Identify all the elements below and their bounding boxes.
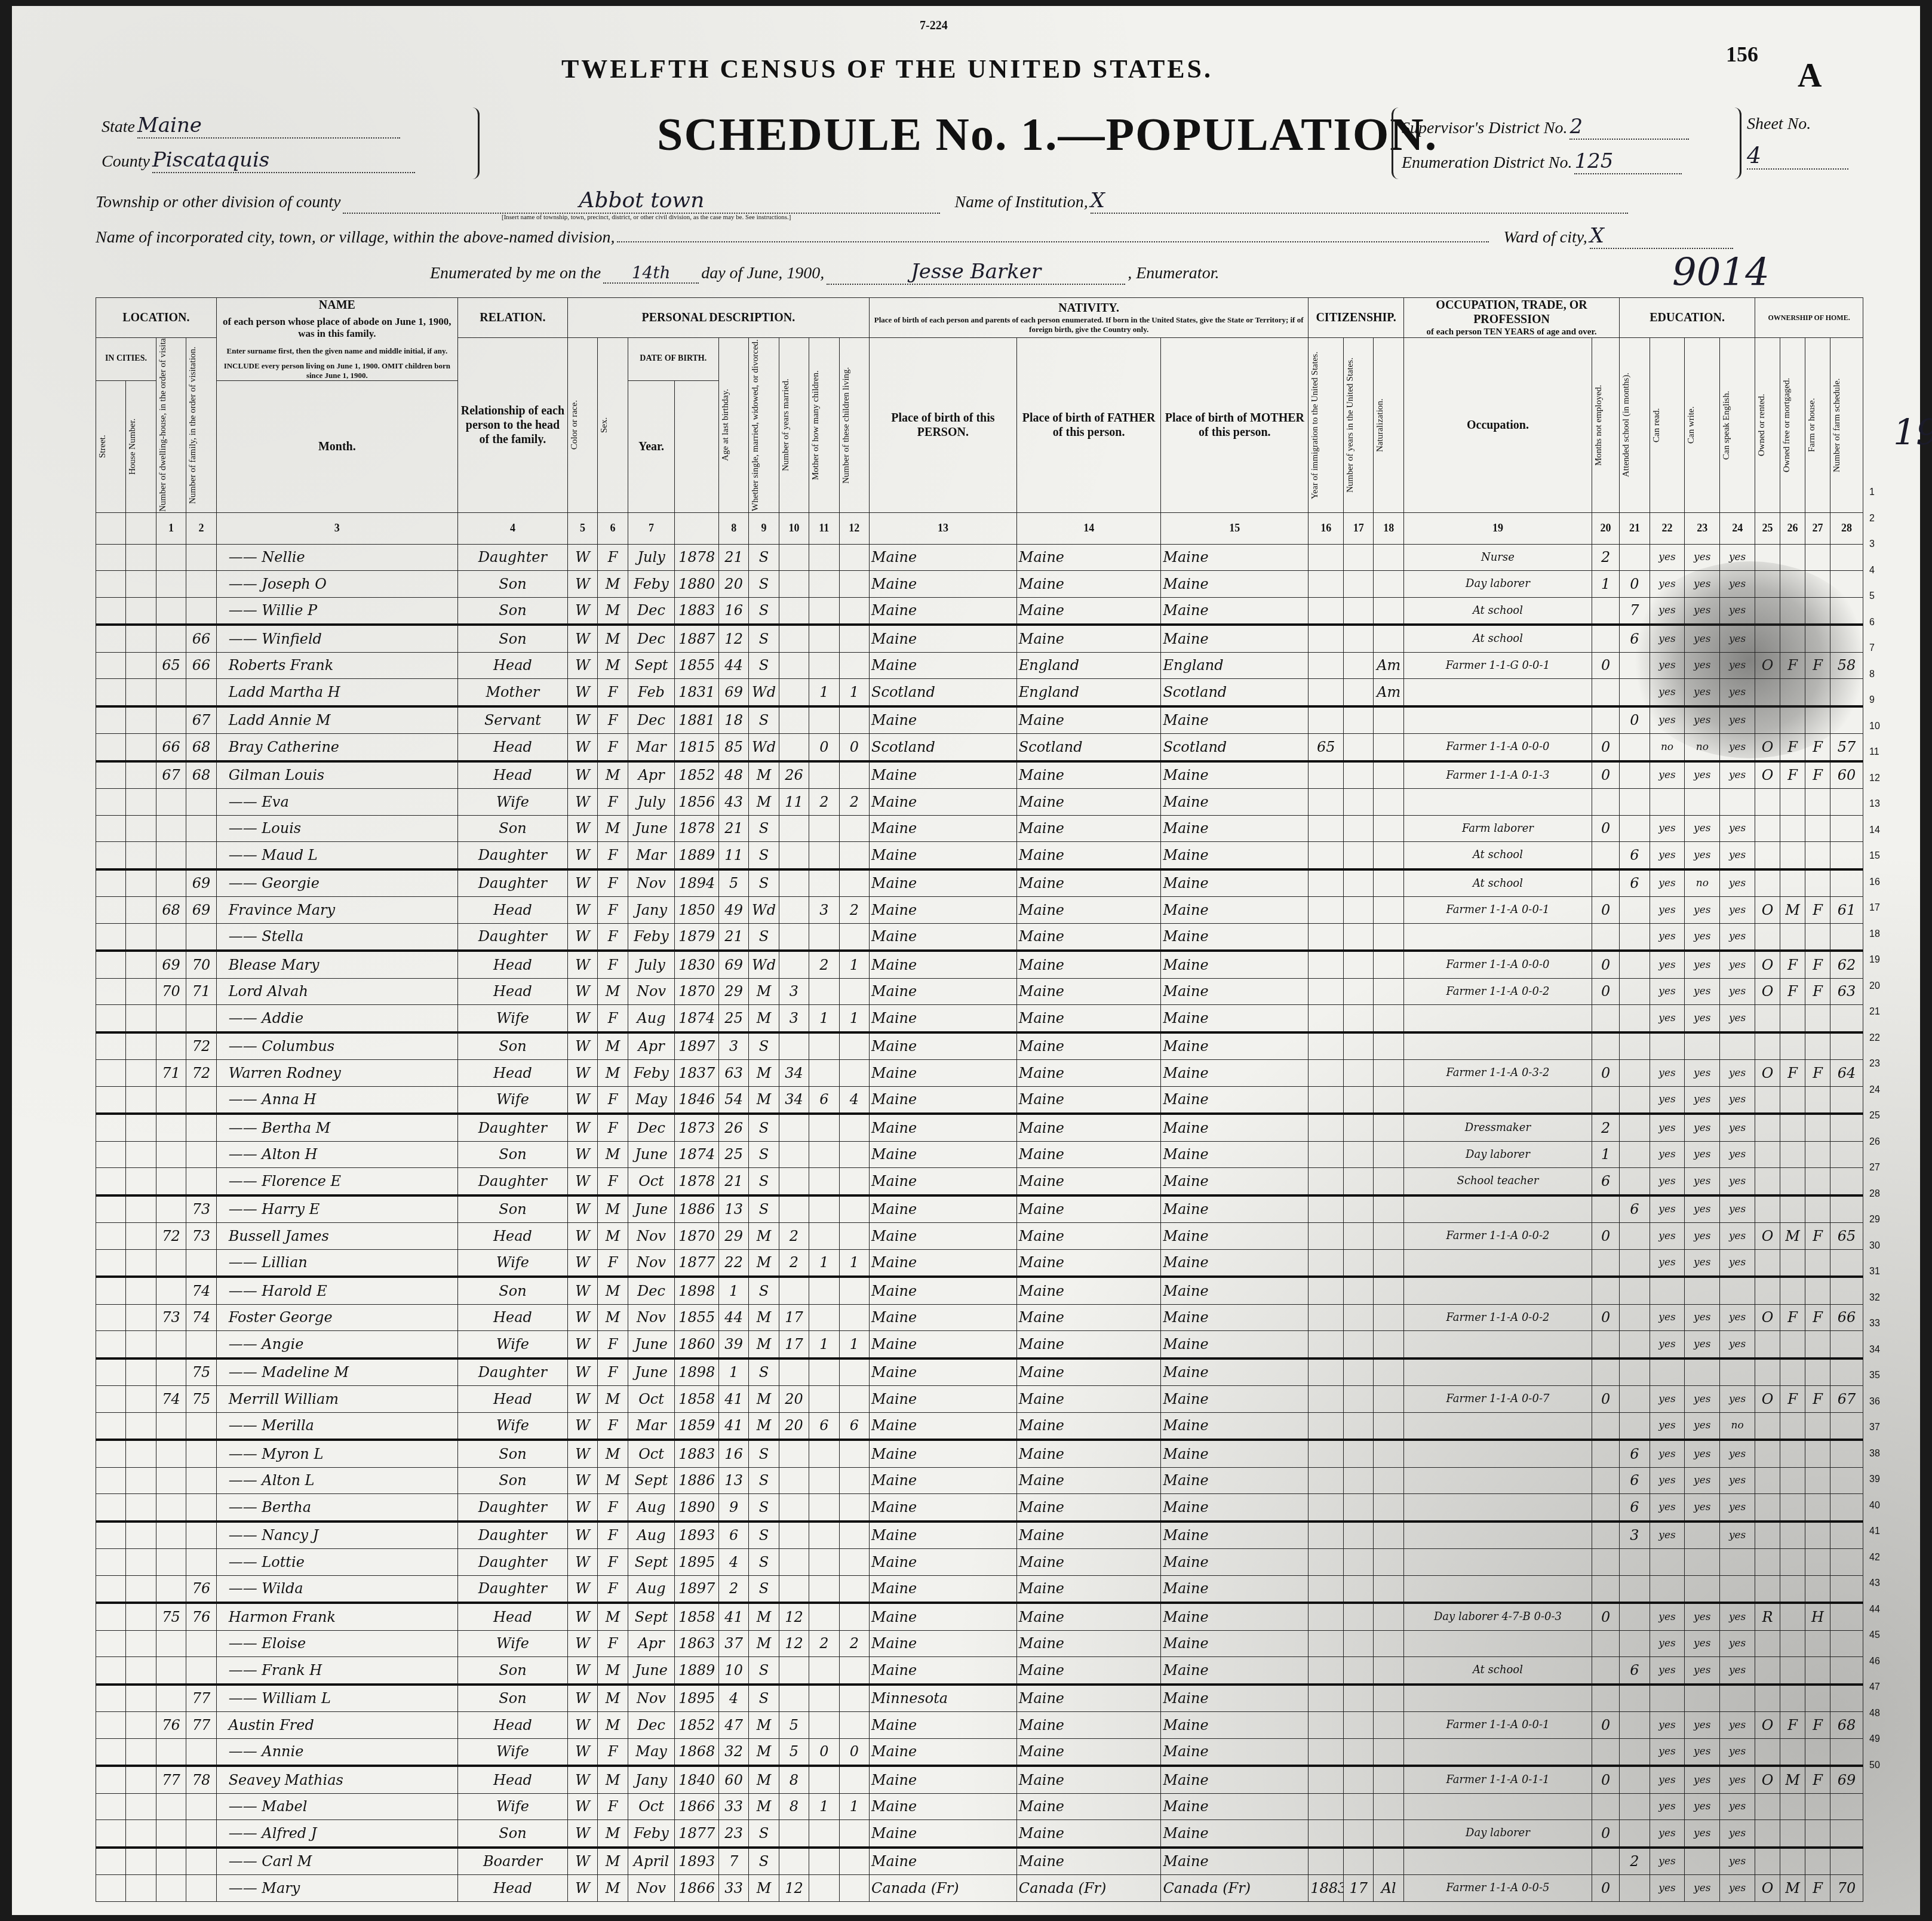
cell-fs (1830, 1412, 1863, 1440)
cell-empty (126, 1114, 156, 1141)
cell-ms: M (749, 1386, 779, 1413)
cell-sch (1620, 1793, 1650, 1820)
cell-ms: S (749, 815, 779, 842)
cell-occ: At school (1403, 1657, 1592, 1685)
cell-occ (1403, 1738, 1592, 1766)
township-row: Township or other division of county Abb… (96, 188, 1628, 214)
cell-age: 7 (718, 1848, 748, 1875)
cell-bm: Maine (1161, 1086, 1309, 1114)
cell-bm: Maine (1161, 1766, 1309, 1793)
cell-imm (1309, 897, 1344, 924)
cell-ym (779, 1032, 809, 1060)
cell-ms: S (749, 869, 779, 897)
cell-rel: Head (458, 652, 568, 679)
cell-cl (839, 869, 869, 897)
cell-year: 1895 (675, 1549, 719, 1576)
cell-rel: Head (458, 1712, 568, 1739)
cell-sch: 6 (1620, 869, 1650, 897)
cell-rd: yes (1650, 544, 1685, 571)
cell-ym (779, 951, 809, 978)
cell-bp: Maine (870, 815, 1017, 842)
cell-ym (779, 842, 809, 869)
cell-age: 33 (718, 1793, 748, 1820)
cell-yus (1344, 1494, 1374, 1522)
cell-yus (1344, 1657, 1374, 1685)
cell-occ (1403, 1195, 1592, 1223)
cell-fm: M (1780, 1875, 1805, 1902)
cell-fam (186, 1412, 216, 1440)
cell-ms: S (749, 1168, 779, 1195)
table-row: —— Carl MBoarderWMApril18937SMaineMaineM… (96, 1848, 1863, 1875)
cell-cl (839, 1440, 869, 1467)
cell-mo (809, 1848, 839, 1875)
cell-bf: Maine (1016, 1060, 1161, 1087)
cell-yus (1344, 1848, 1374, 1875)
cell-bf: Maine (1016, 1603, 1161, 1630)
cell-name: —— Myron L (216, 1440, 457, 1467)
cell-ms: M (749, 1060, 779, 1087)
cell-dw (156, 544, 186, 571)
cell-year: 1883 (675, 597, 719, 625)
cell-fs: 65 (1830, 1223, 1863, 1250)
cell-fm (1780, 1114, 1805, 1141)
cell-bp: Maine (870, 761, 1017, 789)
cell-ms: M (749, 789, 779, 816)
column-number: 26 (1780, 512, 1805, 544)
cell-wr: yes (1685, 1223, 1720, 1250)
cell-age: 54 (718, 1086, 748, 1114)
cell-imm (1309, 1440, 1344, 1467)
cell-yus (1344, 1195, 1374, 1223)
population-table: LOCATION. NAME of each person whose plac… (96, 297, 1863, 1902)
cell-yus (1344, 923, 1374, 951)
cell-month: Sept (628, 1549, 675, 1576)
township-label: Township or other division of county (96, 193, 340, 211)
cell-mu (1592, 1494, 1619, 1522)
cell-year: 1893 (675, 1848, 719, 1875)
cell-fm (1780, 1141, 1805, 1168)
cell-month: July (628, 789, 675, 816)
cell-age: 48 (718, 761, 748, 789)
line-number: 27 (1869, 1163, 1880, 1173)
cell-fam (186, 1005, 216, 1032)
cell-nat (1374, 1820, 1403, 1848)
cell-sp: yes (1720, 1875, 1755, 1902)
cell-fam: 72 (186, 1060, 216, 1087)
cell-yus (1344, 1549, 1374, 1576)
cell-month: Aug (628, 1494, 675, 1522)
cell-mu (1592, 1440, 1619, 1467)
cell-fh (1805, 1114, 1830, 1141)
cell-bm: Maine (1161, 1195, 1309, 1223)
cell-sex: M (598, 1657, 628, 1685)
cell-rd: yes (1650, 923, 1685, 951)
cell-mu (1592, 1630, 1619, 1657)
cell-year: 1815 (675, 734, 719, 761)
column-number: 28 (1830, 512, 1863, 544)
cell-month: Apr (628, 1630, 675, 1657)
cell-cl: 2 (839, 897, 869, 924)
enumerated-suffix: day of June, 1900, (701, 264, 824, 282)
ward-label: Ward of city, (1503, 228, 1587, 247)
cell-sp: yes (1720, 1657, 1755, 1685)
line-number: 19 (1869, 955, 1880, 966)
cell-fm: F (1780, 978, 1805, 1005)
cell-age: 2 (718, 1575, 748, 1603)
cell-age: 5 (718, 869, 748, 897)
cell-sex: M (598, 1141, 628, 1168)
cell-sch (1620, 1766, 1650, 1793)
cell-sex: M (598, 1766, 628, 1793)
cell-dw (156, 1168, 186, 1195)
cell-ms: S (749, 1657, 779, 1685)
cell-sp (1720, 1358, 1755, 1386)
cell-sch (1620, 1223, 1650, 1250)
cell-sex: M (598, 1440, 628, 1467)
cell-imm (1309, 1766, 1344, 1793)
cell-bp: Maine (870, 951, 1017, 978)
cell-rel: Son (458, 1467, 568, 1494)
cell-yus (1344, 1685, 1374, 1712)
cell-cl (839, 1358, 869, 1386)
cell-dw (156, 1331, 186, 1358)
cell-bf: Maine (1016, 1685, 1161, 1712)
cell-own (1755, 1086, 1780, 1114)
table-row: —— NellieDaughterWFJuly187821SMaineMaine… (96, 544, 1863, 571)
cell-mo (809, 761, 839, 789)
cell-bp: Maine (870, 1575, 1017, 1603)
cell-mo (809, 1195, 839, 1223)
cell-name: —— Lottie (216, 1549, 457, 1576)
cell-nat (1374, 897, 1403, 924)
cell-empty (96, 1168, 126, 1195)
cell-ms: M (749, 1766, 779, 1793)
cell-month: July (628, 951, 675, 978)
name-desc: of each person whose place of abode on J… (219, 316, 456, 340)
cell-fs (1830, 1358, 1863, 1386)
cell-fm (1780, 1657, 1805, 1685)
cell-imm (1309, 706, 1344, 734)
line-number: 37 (1869, 1422, 1880, 1433)
cell-bp: Maine (870, 1603, 1017, 1630)
cell-month: Mar (628, 842, 675, 869)
cell-color: W (567, 1657, 597, 1685)
cell-bf: Maine (1016, 1386, 1161, 1413)
cell-age: 39 (718, 1331, 748, 1358)
cell-dw: 71 (156, 1060, 186, 1087)
cell-imm (1309, 951, 1344, 978)
cell-ym: 34 (779, 1086, 809, 1114)
cell-bm: Maine (1161, 1277, 1309, 1304)
cell-ms: S (749, 1494, 779, 1522)
cell-sp: yes (1720, 1304, 1755, 1331)
cell-own (1755, 1738, 1780, 1766)
cell-occ (1403, 1277, 1592, 1304)
cell-own (1755, 815, 1780, 842)
cell-cl (839, 571, 869, 598)
cell-bp: Minnesota (870, 1685, 1017, 1712)
cell-age: 6 (718, 1522, 748, 1549)
cell-sp: yes (1720, 1848, 1755, 1875)
cell-color: W (567, 734, 597, 761)
cell-dw (156, 1358, 186, 1386)
cell-fs: 67 (1830, 1386, 1863, 1413)
cell-empty (96, 1685, 126, 1712)
cell-yus (1344, 1141, 1374, 1168)
cell-empty (96, 1766, 126, 1793)
cell-dw: 67 (156, 761, 186, 789)
cell-fs (1830, 1603, 1863, 1630)
cell-month: Apr (628, 761, 675, 789)
col-dwelling: Number of dwelling-house, in the order o… (158, 339, 168, 512)
cell-fam: 72 (186, 1032, 216, 1060)
cell-month: Dec (628, 706, 675, 734)
cell-imm (1309, 1223, 1344, 1250)
cell-empty (96, 978, 126, 1005)
col-family: Number of family, in the order of visita… (188, 339, 198, 512)
cell-imm (1309, 1277, 1344, 1304)
table-row: 7071Lord AlvahHeadWMNov187029M3MaineMain… (96, 978, 1863, 1005)
cell-empty (126, 761, 156, 789)
cell-age: 41 (718, 1412, 748, 1440)
enumerator-label: , Enumerator. (1128, 264, 1219, 282)
cell-nat (1374, 734, 1403, 761)
cell-name: Roberts Frank (216, 652, 457, 679)
cell-cl: 1 (839, 1005, 869, 1032)
cell-sp: yes (1720, 1331, 1755, 1358)
cell-imm (1309, 1141, 1344, 1168)
cell-ms: S (749, 923, 779, 951)
cell-fs (1830, 1168, 1863, 1195)
cell-bf: Maine (1016, 1549, 1161, 1576)
cell-cl (839, 842, 869, 869)
cell-rel: Boarder (458, 1848, 568, 1875)
cell-cl (839, 1685, 869, 1712)
cell-dw: 72 (156, 1223, 186, 1250)
cell-cl (839, 1494, 869, 1522)
cell-occ: Farmer 1-1-A 0-1-1 (1403, 1766, 1592, 1793)
cell-ym (779, 869, 809, 897)
cell-bm: Maine (1161, 1412, 1309, 1440)
in-cities-label: IN CITIES. (96, 338, 156, 381)
cell-fs: 62 (1830, 951, 1863, 978)
cell-empty (126, 1249, 156, 1277)
column-number: 10 (779, 512, 809, 544)
cell-sch (1620, 1820, 1650, 1848)
cell-mo: 1 (809, 1005, 839, 1032)
cell-month: Mar (628, 1412, 675, 1440)
cell-fh (1805, 1032, 1830, 1060)
cell-bf: Maine (1016, 1575, 1161, 1603)
cell-wr: yes (1685, 1304, 1720, 1331)
cell-fs (1830, 815, 1863, 842)
cell-ym (779, 923, 809, 951)
cell-color: W (567, 978, 597, 1005)
cell-name: —— Harry E (216, 1195, 457, 1223)
cell-year: 1878 (675, 815, 719, 842)
cell-bm: Maine (1161, 1793, 1309, 1820)
cell-ms: S (749, 1141, 779, 1168)
cell-mu (1592, 1358, 1619, 1386)
cell-name: Merrill William (216, 1386, 457, 1413)
cell-yus (1344, 1440, 1374, 1467)
cell-mo (809, 1766, 839, 1793)
cell-ym: 8 (779, 1793, 809, 1820)
cell-yus (1344, 1060, 1374, 1087)
cell-fs (1830, 1685, 1863, 1712)
table-row: —— BerthaDaughterWFAug18909SMaineMaineMa… (96, 1494, 1863, 1522)
line-number: 29 (1869, 1215, 1880, 1225)
cell-rd: yes (1650, 1304, 1685, 1331)
cell-name: —— Eloise (216, 1630, 457, 1657)
cell-bp: Maine (870, 1793, 1017, 1820)
cell-year: 1895 (675, 1685, 719, 1712)
cell-year: 1859 (675, 1412, 719, 1440)
cell-own: O (1755, 1223, 1780, 1250)
cell-cl (839, 1603, 869, 1630)
table-row: —— Myron LSonWMOct188316SMaineMaineMaine… (96, 1440, 1863, 1467)
cell-fh (1805, 789, 1830, 816)
cell-sp: yes (1720, 1494, 1755, 1522)
cell-bm: Maine (1161, 897, 1309, 924)
cell-sp (1720, 789, 1755, 816)
state-label: State (102, 118, 135, 136)
cell-bf: Maine (1016, 1820, 1161, 1848)
cell-fs: 66 (1830, 1304, 1863, 1331)
cell-name: —— Bertha M (216, 1114, 457, 1141)
cell-cl (839, 1575, 869, 1603)
cell-sex: M (598, 1223, 628, 1250)
cell-rd: yes (1650, 1086, 1685, 1114)
cell-mu: 0 (1592, 1060, 1619, 1087)
cell-nat (1374, 1412, 1403, 1440)
column-number: 14 (1016, 512, 1161, 544)
cell-month: Nov (628, 1304, 675, 1331)
cell-empty (96, 1032, 126, 1060)
cell-own (1755, 1195, 1780, 1223)
line-number: 10 (1869, 721, 1880, 732)
line-number: 41 (1869, 1526, 1880, 1537)
cell-month: Dec (628, 1277, 675, 1304)
cell-fh (1805, 1657, 1830, 1685)
cell-rd: yes (1650, 1168, 1685, 1195)
cell-year: 1866 (675, 1793, 719, 1820)
cell-age: 21 (718, 1168, 748, 1195)
cell-mu: 0 (1592, 1766, 1619, 1793)
cell-mo: 2 (809, 1630, 839, 1657)
cell-dw (156, 1575, 186, 1603)
cell-occ: Farm laborer (1403, 815, 1592, 842)
cell-imm (1309, 679, 1344, 706)
cell-mu (1592, 1331, 1619, 1358)
cell-empty (96, 1195, 126, 1223)
cell-bm: Maine (1161, 1685, 1309, 1712)
cell-bf: Maine (1016, 869, 1161, 897)
cell-month: Aug (628, 1522, 675, 1549)
cell-sex: M (598, 1195, 628, 1223)
cell-empty (126, 1168, 156, 1195)
cell-color: W (567, 1114, 597, 1141)
cell-sch (1620, 1141, 1650, 1168)
column-number (675, 512, 719, 544)
cell-cl: 2 (839, 789, 869, 816)
cell-fm (1780, 1168, 1805, 1195)
column-number: 23 (1685, 512, 1720, 544)
cell-yus (1344, 571, 1374, 598)
line-number: 15 (1869, 851, 1880, 862)
cell-month: June (628, 815, 675, 842)
line-number: 30 (1869, 1241, 1880, 1252)
cell-sp: yes (1720, 1141, 1755, 1168)
cell-year: 1878 (675, 544, 719, 571)
cell-color: W (567, 1494, 597, 1522)
cell-fam (186, 679, 216, 706)
cell-fh: F (1805, 1712, 1830, 1739)
cell-sch (1620, 1358, 1650, 1386)
cell-imm (1309, 1467, 1344, 1494)
cell-bp: Maine (870, 1114, 1017, 1141)
cell-year: 1889 (675, 842, 719, 869)
cell-fam: 73 (186, 1223, 216, 1250)
cell-imm (1309, 789, 1344, 816)
cell-ym (779, 1277, 809, 1304)
cell-name: —— Florence E (216, 1168, 457, 1195)
cell-mo (809, 1358, 839, 1386)
cell-rel: Head (458, 1875, 568, 1902)
cell-ym (779, 1358, 809, 1386)
column-number: 12 (839, 512, 869, 544)
cell-empty (96, 923, 126, 951)
cell-color: W (567, 1005, 597, 1032)
cell-name: Bussell James (216, 1223, 457, 1250)
cell-ms: S (749, 1114, 779, 1141)
cell-bp: Maine (870, 625, 1017, 652)
cell-month: Sept (628, 1467, 675, 1494)
cell-empty (126, 789, 156, 816)
cell-bp: Maine (870, 1766, 1017, 1793)
state-value: Maine (137, 113, 400, 139)
cell-bp: Maine (870, 1304, 1017, 1331)
table-row: 69—— GeorgieDaughterWFNov18945SMaineMain… (96, 869, 1863, 897)
cell-fh (1805, 1358, 1830, 1386)
cell-mo (809, 1657, 839, 1685)
cell-mo: 1 (809, 679, 839, 706)
cell-empty (126, 1549, 156, 1576)
cell-fh (1805, 1168, 1830, 1195)
cell-bm: Maine (1161, 923, 1309, 951)
cell-mu: 0 (1592, 652, 1619, 679)
cell-ym (779, 1575, 809, 1603)
cell-rel: Wife (458, 1086, 568, 1114)
cell-sp: yes (1720, 923, 1755, 951)
cell-dw (156, 679, 186, 706)
cell-fs (1830, 1630, 1863, 1657)
cell-own (1755, 1467, 1780, 1494)
cell-wr: yes (1685, 1712, 1720, 1739)
line-number: 9 (1869, 695, 1875, 706)
cell-ms: M (749, 1738, 779, 1766)
cell-color: W (567, 923, 597, 951)
cell-month: Dec (628, 1712, 675, 1739)
cell-mo: 6 (809, 1086, 839, 1114)
cell-dw (156, 1820, 186, 1848)
cell-bm: Maine (1161, 625, 1309, 652)
cell-cl: 1 (839, 1249, 869, 1277)
cell-rd: yes (1650, 1630, 1685, 1657)
column-number (126, 512, 156, 544)
cell-sch: 6 (1620, 1657, 1650, 1685)
cell-rel: Daughter (458, 842, 568, 869)
